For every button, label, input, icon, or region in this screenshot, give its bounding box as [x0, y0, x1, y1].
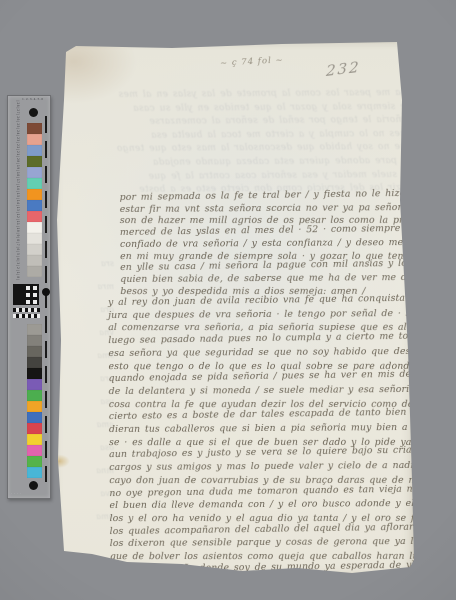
color-patch: [27, 445, 42, 456]
bleedthrough-mark: ora: [56, 298, 114, 321]
color-patch: [27, 145, 42, 156]
color-patch: [27, 167, 42, 178]
bleedthrough-mark: mna: [56, 459, 114, 482]
color-patch: [27, 178, 42, 189]
bleedthrough-mark: ama: [56, 413, 114, 436]
color-patch: [27, 324, 42, 335]
ruler-bottom-label: · · · ·: [11, 491, 21, 495]
archival-annotation: ~ ç 74 fol ~: [220, 55, 284, 68]
manuscript-line: cargos y sus amigos y mas lo puede valer…: [109, 460, 415, 475]
color-patch: [27, 434, 42, 445]
bleedthrough-mark: nma: [56, 505, 114, 528]
ink-bleedthrough: sua me pesar los como la promete de las …: [90, 87, 413, 198]
manuscript-line: estar fir ma vnt ssta señora scorcia no …: [120, 202, 412, 216]
bleedthrough-mark: nra: [56, 367, 114, 390]
bleedthrough-mark: vna: [56, 321, 114, 344]
color-patch: [27, 222, 42, 233]
resolution-target: [13, 284, 47, 322]
color-patch: [27, 390, 42, 401]
color-calibration-strip: |28|27|26|25|24|23|22|21|20|19|18|17|16|…: [7, 95, 51, 499]
color-patch: [27, 200, 42, 211]
manuscript-line: quien bien sabia de, de saberse que me h…: [120, 272, 412, 286]
bleedthrough-mark: sra: [56, 252, 114, 275]
color-patch: [27, 412, 42, 423]
color-patch: [27, 357, 42, 368]
color-patch: [27, 346, 42, 357]
margin-ink-bleedthrough: sramraoravnasmanraysaamaosamnasvanma: [56, 252, 114, 552]
bleedthrough-mark: ysa: [56, 390, 114, 413]
manuscript-paragraph-2: y al rey don juan de avila recibio vna f…: [108, 295, 416, 577]
color-patch: [27, 134, 42, 145]
manuscript-line: esa señora ya que seguridad se que no so…: [108, 346, 414, 361]
resolution-target-checker: [13, 308, 40, 319]
registration-dot-bottom-icon: [29, 481, 38, 490]
bleedthrough-mark: mra: [56, 275, 114, 298]
ruler-top-scale-text: 1·2·3·4·5·6: [22, 97, 44, 101]
color-patch: [27, 244, 42, 255]
bleedthrough-mark: sma: [56, 344, 114, 367]
color-patch: [27, 401, 42, 412]
photograph-background: |28|27|26|25|24|23|22|21|20|19|18|17|16|…: [0, 0, 456, 600]
color-patch: [27, 423, 42, 434]
color-patch: [27, 266, 42, 277]
color-patch: [27, 211, 42, 222]
color-patch: [27, 233, 42, 244]
manuscript-page: sua me pesar los como la promete de las …: [52, 40, 418, 580]
color-patch: [27, 467, 42, 478]
registration-dot-top-icon: [29, 108, 38, 117]
manuscript-line: dieran tus caballeros que si bien a pia …: [109, 422, 415, 437]
bleedthrough-mark: osa: [56, 436, 114, 459]
manuscript-line: confiado de vra señoria / y esta confian…: [120, 237, 412, 251]
manuscript-line: los dixeron que sensible parque y cosas …: [110, 536, 416, 551]
resolution-target-grid: [13, 284, 39, 305]
color-patch: [27, 123, 42, 134]
color-patch: [27, 255, 42, 266]
manuscript-line: de la delantera y si moneda / se suele m…: [109, 384, 415, 399]
color-patch-column-bottom: [27, 324, 42, 478]
manuscript-line: jura que despues de vra señoria · le ten…: [108, 308, 414, 323]
bleedthrough-mark: sva: [56, 482, 114, 505]
color-patch: [27, 156, 42, 167]
folio-number: 232: [326, 58, 361, 80]
manuscript-paragraph-1: por mi sepmada os la fe te tral ber / y …: [120, 190, 413, 297]
color-patch: [27, 379, 42, 390]
resolution-target-dot-icon: [42, 288, 50, 296]
color-patch: [27, 368, 42, 379]
color-patch: [27, 335, 42, 346]
color-patch-column-top: [27, 123, 42, 277]
color-patch: [27, 456, 42, 467]
color-patch: [27, 189, 42, 200]
manuscript-line: el buen dia lleve demanda con / y el oro…: [109, 498, 415, 513]
